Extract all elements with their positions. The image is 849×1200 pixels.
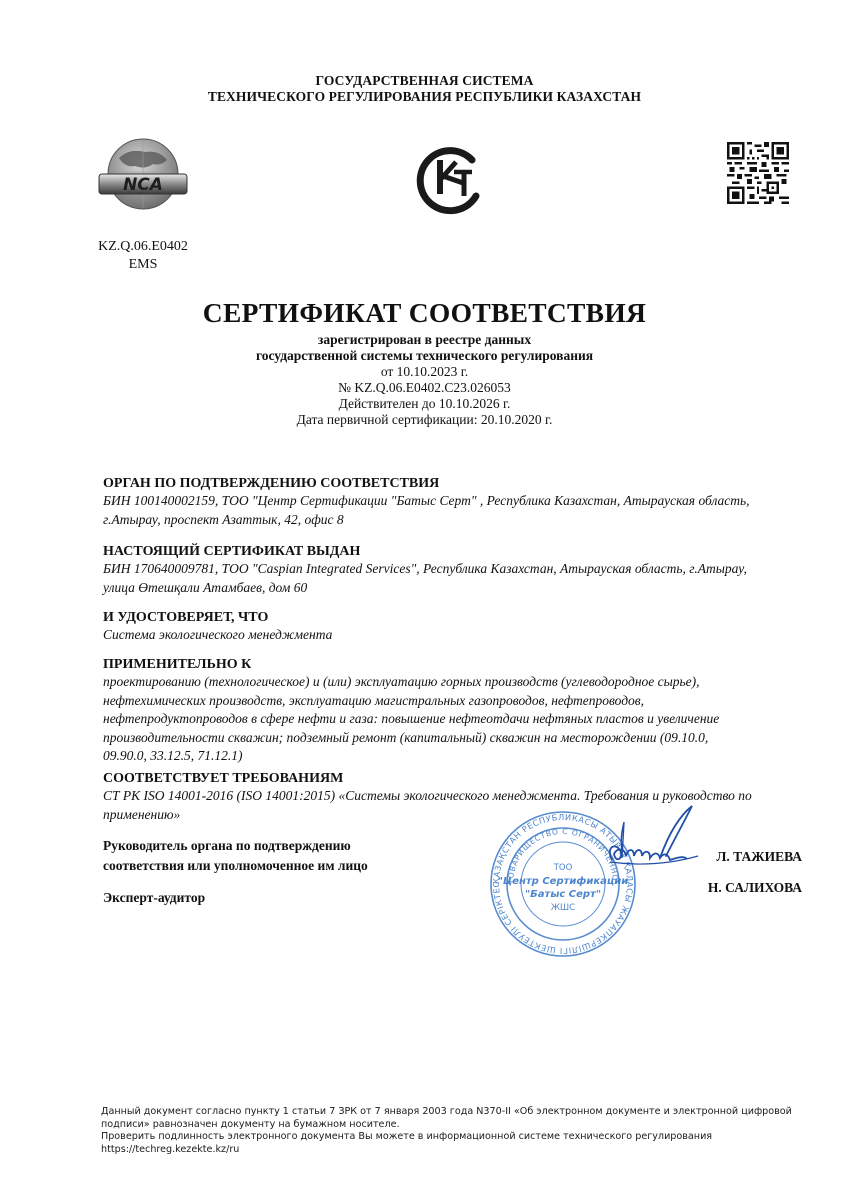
section-line: БИН 170640009781, ТОО "Caspian Integrate… [103, 560, 813, 579]
section-line: СТ РК ISO 14001-2016 (ISO 14001:2015) «С… [103, 787, 813, 806]
initial-certification-date: Дата первичной сертификации: 20.10.2020 … [0, 412, 849, 428]
section-line: нефтехимических производств, эксплуатаци… [103, 692, 813, 711]
section-line: применению» [103, 806, 813, 825]
section-heading: НАСТОЯЩИЙ СЕРТИФИКАТ ВЫДАН [103, 543, 813, 560]
registration-date: от 10.10.2023 г. [0, 364, 849, 380]
section-heading: ПРИМЕНИТЕЛЬНО К [103, 656, 813, 673]
head-label-line-1: Руководитель органа по подтверждению [103, 836, 368, 856]
section-line: г.Атырау, проспект Азаттык, 42, офис 8 [103, 511, 813, 530]
header-line-1: ГОСУДАРСТВЕННАЯ СИСТЕМА [0, 73, 849, 89]
qr-code-icon[interactable] [727, 142, 789, 204]
section-heading: И УДОСТОВЕРЯЕТ, ЧТО [103, 609, 813, 626]
kt-conformity-mark-icon [410, 138, 490, 218]
registration-block: зарегистрирован в реестре данных государ… [0, 332, 849, 428]
accreditation-block: KZ.Q.06.E0402 EMS [78, 238, 208, 274]
expert-auditor-label: Эксперт-аудитор [103, 888, 205, 908]
expert-auditor-name: Н. САЛИХОВА [708, 880, 802, 896]
footer-line-1: Данный документ согласно пункту 1 статьи… [101, 1106, 821, 1119]
svg-text:ЖШС: ЖШС [551, 903, 575, 913]
registered-line-1: зарегистрирован в реестре данных [0, 332, 849, 348]
certificate-title: СЕРТИФИКАТ СООТВЕТСТВИЯ [0, 297, 849, 329]
section-complies-with: СООТВЕТСТВУЕТ ТРЕБОВАНИЯМ СТ РК ISO 1400… [103, 770, 813, 824]
accreditation-scope: EMS [78, 256, 208, 274]
section-line: нефтепродуктопроводов в сфере нефти и га… [103, 710, 813, 729]
svg-text:"Батыс Серт": "Батыс Серт" [525, 889, 601, 900]
section-line: проектированию (технологическое) и (или)… [103, 673, 813, 692]
verification-link[interactable]: https://techreg.kezekte.kz/ru [101, 1144, 821, 1157]
accreditation-code: KZ.Q.06.E0402 [78, 238, 208, 256]
section-line: 09.90.0, 33.12.5, 71.12.1) [103, 747, 813, 766]
head-label-line-2: соответствия или уполномоченное им лицо [103, 856, 368, 876]
legal-footer: Данный документ согласно пункту 1 статьи… [101, 1106, 821, 1156]
section-applicable-to: ПРИМЕНИТЕЛЬНО К проектированию (технолог… [103, 656, 813, 766]
government-header: ГОСУДАРСТВЕННАЯ СИСТЕМА ТЕХНИЧЕСКОГО РЕГ… [0, 73, 849, 105]
section-issued-to: НАСТОЯЩИЙ СЕРТИФИКАТ ВЫДАН БИН 170640009… [103, 543, 813, 597]
certificate-number: № KZ.Q.06.E0402.C23.026053 [0, 380, 849, 396]
section-line: производительности скважин; подземный ре… [103, 729, 813, 748]
section-heading: ОРГАН ПО ПОДТВЕРЖДЕНИЮ СООТВЕТСТВИЯ [103, 475, 813, 492]
footer-line-3: Проверить подлинность электронного докум… [101, 1131, 821, 1144]
section-certification-body: ОРГАН ПО ПОДТВЕРЖДЕНИЮ СООТВЕТСТВИЯ БИН … [103, 475, 813, 529]
header-line-2: ТЕХНИЧЕСКОГО РЕГУЛИРОВАНИЯ РЕСПУБЛИКИ КА… [0, 89, 849, 105]
head-signatory-label: Руководитель органа по подтверждению соо… [103, 836, 368, 876]
svg-text:NCA: NCA [123, 175, 163, 195]
section-certifies-that: И УДОСТОВЕРЯЕТ, ЧТО Система экологическо… [103, 609, 813, 645]
valid-until: Действителен до 10.10.2026 г. [0, 396, 849, 412]
handwritten-signature-icon [580, 800, 700, 880]
svg-text:ТОО: ТОО [553, 863, 573, 873]
section-line: Система экологического менеджмента [103, 626, 813, 645]
head-signatory-name: Л. ТАЖИЕВА [716, 849, 802, 865]
registered-line-2: государственной системы технического рег… [0, 348, 849, 364]
footer-line-2: подписи» равнозначен документу на бумажн… [101, 1119, 821, 1132]
section-line: БИН 100140002159, ТОО "Центр Сертификаци… [103, 492, 813, 511]
nca-globe-logo-icon: NCA [95, 138, 191, 213]
section-heading: СООТВЕТСТВУЕТ ТРЕБОВАНИЯМ [103, 770, 813, 787]
section-line: улица Өтешқали Атамбаев, дом 60 [103, 579, 813, 598]
